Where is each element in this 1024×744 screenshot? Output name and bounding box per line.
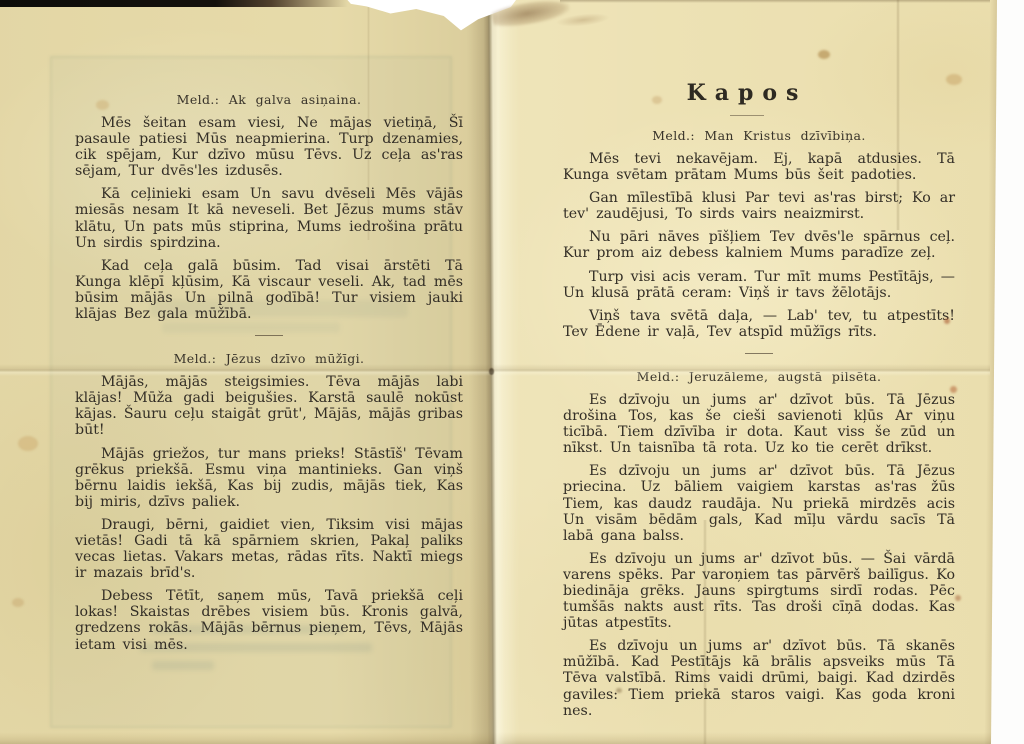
verse-paragraph: Mēs tevi nekavējam. Ej, kapā atdusies. T… — [563, 151, 955, 183]
stain-spot — [955, 595, 961, 601]
verse-paragraph: Draugi, bērni, gaidiet vien, Tiksim visi… — [75, 517, 463, 581]
verse-paragraph: Es dzīvoju un jums ar' dzīvot būs. — Šai… — [563, 551, 955, 631]
verse-paragraph: Nu pāri nāves pīšļiem Tev dvēs'le spārnu… — [563, 229, 955, 261]
melody-heading: Meld.: Jeruzāleme, augstā pilsēta. — [563, 369, 955, 384]
melody-heading: Meld.: Man Kristus dzīvībiņa. — [563, 128, 955, 143]
stain-spot — [818, 50, 830, 59]
left-page: Meld.: Ak galva asiņaina. Mēs šeitan esa… — [75, 92, 463, 660]
stain-spot — [12, 598, 24, 607]
verse-paragraph: Mājās griežos, tur mans prieks! Stāstīš'… — [75, 446, 463, 510]
document-scan: Meld.: Ak galva asiņaina. Mēs šeitan esa… — [0, 0, 1024, 744]
title-divider — [730, 115, 764, 116]
verse-paragraph: Debess Tētīt, saņem mūs, Tavā priekšā ce… — [75, 588, 463, 652]
paper-sheet: Meld.: Ak galva asiņaina. Mēs šeitan esa… — [0, 0, 1024, 744]
page-title: Kapos — [551, 80, 943, 106]
verse-paragraph: Viņš tava svētā daļa, — Lab' tev, tu atp… — [563, 308, 955, 340]
showthrough-text — [152, 661, 214, 670]
section-divider — [255, 335, 283, 336]
stain-smudge — [556, 11, 611, 29]
section-divider — [745, 353, 773, 354]
melody-heading: Meld.: Jēzus dzīvo mūžīgi. — [75, 351, 463, 366]
verse-paragraph: Kad ceļa galā būsim. Tad visai ārstēti T… — [75, 258, 463, 322]
verse-paragraph: Kā ceļinieki esam Un savu dvēseli Mēs vā… — [75, 186, 463, 250]
verse-paragraph: Turp visi acis veram. Tur mīt mums Pestī… — [563, 269, 955, 301]
stain-spot — [18, 436, 38, 451]
scan-edge-shadow — [560, 0, 990, 3]
verse-paragraph: Gan mīlestībā klusi Par tevi as'ras birs… — [563, 190, 955, 222]
verse-paragraph: Es dzīvoju un jums ar' dzīvot būs. Tā Jē… — [563, 463, 955, 543]
melody-heading: Meld.: Ak galva asiņaina. — [75, 92, 463, 107]
scan-edge-strip — [0, 0, 348, 7]
right-page: Kapos Meld.: Man Kristus dzīvībiņa. Mēs … — [563, 80, 955, 726]
verse-paragraph: Mājās, mājās steigsimies. Tēva mājās lab… — [75, 374, 463, 438]
paper-tear — [344, 0, 516, 32]
verse-paragraph: Es dzīvoju un jums ar' dzīvot būs. Tā sk… — [563, 638, 955, 718]
verse-paragraph: Mēs šeitan esam viesi, Ne mājas vietiņā,… — [75, 115, 463, 179]
fold-pin-mark — [489, 368, 494, 375]
verse-paragraph: Es dzīvoju un jums ar' dzīvot būs. Tā Jē… — [563, 392, 955, 456]
